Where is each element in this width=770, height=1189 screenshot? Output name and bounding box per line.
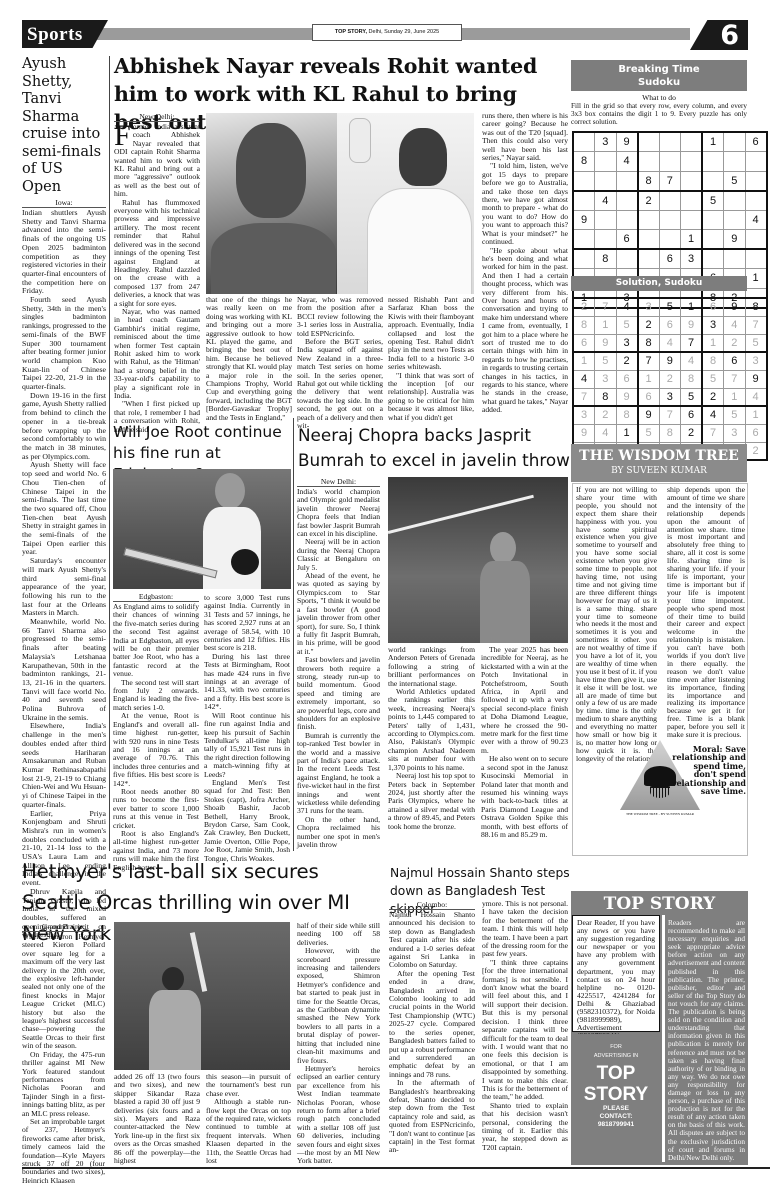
- paragraph: added 26 off 13 (two fours and two sixes…: [114, 1073, 200, 1165]
- ad-advertising-text: ADVERTISING IN: [572, 1053, 660, 1059]
- paragraph: to score 3,000 Test runs against India. …: [204, 594, 290, 653]
- paragraph: The second test will start from July 2 o…: [113, 679, 199, 713]
- badminton-headline: Ayush Shetty, Tanvi Sharma cruise into s…: [22, 56, 106, 196]
- paragraph: "I told him, listen, we've got 15 days t…: [482, 162, 568, 246]
- sudoku-cell[interactable]: [616, 171, 638, 191]
- sudoku-cell[interactable]: [638, 230, 660, 250]
- sudoku-title-line1: Breaking Time: [571, 63, 747, 76]
- wisdom-col2: ship depends upon the amount of time we …: [667, 486, 745, 739]
- sudoku-cell: 6: [638, 388, 660, 406]
- sudoku-cell: 7: [681, 334, 703, 352]
- paragraph: Ayush Shetty will face top seed and worl…: [22, 461, 106, 557]
- paragraph: half of their side while still needing 1…: [297, 922, 380, 947]
- badminton-article: Ayush Shetty, Tanvi Sharma cruise into s…: [22, 56, 106, 940]
- nayar-photo: [206, 113, 337, 294]
- sudoku-cell[interactable]: 1: [681, 230, 703, 250]
- sudoku-cell: 8: [616, 406, 638, 424]
- paragraph: As England aims to solidify their chance…: [113, 603, 199, 679]
- paragraph: Shanto tried to explain that his decisio…: [482, 1102, 568, 1152]
- sudoku-cell: 8: [681, 370, 703, 388]
- ad-top-text: TOP: [572, 1063, 660, 1084]
- sudoku-cell[interactable]: [616, 210, 638, 230]
- ad-please-text: PLEASE: [572, 1105, 660, 1113]
- shanto-col1: Colombo: Najmul Hossain Shanto announced…: [389, 900, 475, 1155]
- sudoku-cell[interactable]: [573, 230, 595, 250]
- chopra-col2: world rankings from Anderson Peters of G…: [388, 646, 475, 831]
- sudoku-solution-grid: 2743516988152693476938471251527948634361…: [572, 297, 768, 461]
- sudoku-cell: 2: [616, 352, 638, 370]
- sudoku-cell: 7: [745, 316, 767, 334]
- sudoku-cell: 6: [702, 298, 724, 316]
- paragraph: ymore. This is not personal. I have take…: [482, 900, 568, 959]
- sudoku-cell: 2: [702, 388, 724, 406]
- paragraph: Meanwhile, world No. 66 Tanvi Sharma als…: [22, 618, 106, 722]
- sudoku-cell[interactable]: [659, 191, 681, 211]
- chopra-col3-body: The year 2025 has been incredible for Ne…: [481, 646, 568, 839]
- sudoku-cell[interactable]: [702, 210, 724, 230]
- sudoku-cell: 7: [659, 406, 681, 424]
- javelin-shape: [388, 495, 534, 534]
- paragraph: England Men's Test squad for 2nd Test: B…: [204, 779, 290, 863]
- sudoku-cell: 7: [702, 424, 724, 442]
- sudoku-cell: 4: [681, 352, 703, 370]
- badminton-dateline: Iowa:: [22, 198, 106, 208]
- sudoku-cell: 8: [745, 298, 767, 316]
- root-col1-body: As England aims to solidify their chance…: [113, 603, 199, 872]
- date-text: Delhi, Sunday 29, June 2025: [369, 29, 440, 35]
- hetmyer-col3-body: this season—in pursuit of the tournament…: [206, 1073, 291, 1165]
- chopra-col3: The year 2025 has been incredible for Ne…: [481, 646, 568, 839]
- sudoku-cell: 7: [573, 388, 595, 406]
- hetmyer-col1: Grand Prairie: When Shimron Hetmyer stee…: [22, 922, 105, 1185]
- sudoku-cell[interactable]: [745, 230, 767, 250]
- sudoku-cell[interactable]: [681, 152, 703, 172]
- wisdom-moral: Moral: Save relationship and spend time,…: [672, 745, 746, 795]
- sudoku-cell: 6: [573, 334, 595, 352]
- paragraph: Nayar, who was removed from the position…: [297, 296, 383, 338]
- root-dateline: Edgbaston:: [113, 592, 199, 602]
- sudoku-cell: 1: [616, 424, 638, 442]
- sudoku-solution-title: Solution, Sudoku: [571, 276, 747, 291]
- paragraph: Will Root continue his fine run against …: [204, 712, 290, 779]
- sudoku-cell[interactable]: [638, 132, 660, 152]
- sudoku-cell: 5: [659, 298, 681, 316]
- sudoku-cell: 1: [595, 316, 617, 334]
- paragraph: Nayar, who was named in head coach Gauta…: [114, 308, 200, 400]
- sudoku-cell[interactable]: 9: [616, 132, 638, 152]
- chopra-photo: [388, 477, 568, 643]
- sudoku-cell[interactable]: [745, 249, 767, 269]
- sudoku-cell[interactable]: [595, 171, 617, 191]
- sudoku-cell[interactable]: [702, 152, 724, 172]
- paragraph: After the opening Test ended in a draw, …: [389, 970, 475, 1079]
- paragraph: When Shimron Hetmyer steered Kieron Poll…: [22, 933, 105, 1051]
- hetmyer-photo: [114, 922, 290, 1070]
- paragraph: this season—in pursuit of the tournament…: [206, 1073, 291, 1098]
- sudoku-cell[interactable]: [616, 191, 638, 211]
- nayar-col3-body: Nayar, who was removed from the position…: [297, 296, 383, 431]
- sudoku-cell: 9: [616, 388, 638, 406]
- nayar-col1-body: Former India assistant coach Abhishek Na…: [114, 123, 200, 434]
- wisdom-byline: BY SUVEEN KUMAR: [571, 466, 747, 477]
- masthead-dateline: TOP STORY, Delhi, Sunday 29, June 2025: [312, 24, 462, 41]
- paragraph: runs there, then where is his career goi…: [482, 112, 568, 162]
- sudoku-cell: 2: [595, 406, 617, 424]
- sudoku-cell: 5: [616, 316, 638, 334]
- hetmyer-col1-body: When Shimron Hetmyer steered Kieron Poll…: [22, 933, 105, 1185]
- sudoku-cell: 4: [595, 424, 617, 442]
- sudoku-cell: 4: [702, 406, 724, 424]
- sudoku-what-to-do: What to do: [571, 93, 747, 102]
- sudoku-cell: 7: [595, 298, 617, 316]
- sudoku-cell: 2: [681, 424, 703, 442]
- sudoku-cell: 3: [745, 352, 767, 370]
- sudoku-cell[interactable]: 8: [573, 152, 595, 172]
- sudoku-cell[interactable]: 7: [659, 171, 681, 191]
- paragraph: "I think that was sort of the inception …: [388, 372, 474, 422]
- paragraph: world rankings from Anderson Peters of G…: [388, 646, 475, 688]
- nayar-col2-body: that one of the things he was really kee…: [206, 296, 292, 422]
- sudoku-cell[interactable]: [659, 210, 681, 230]
- paragraph: Set an improbable target of 237, Hetmyer…: [22, 1118, 105, 1185]
- sudoku-cell[interactable]: [616, 249, 638, 269]
- player-helmet-shape: [162, 967, 184, 991]
- nayar-col2: that one of the things he was really kee…: [206, 296, 292, 422]
- sudoku-title-line2: Sudoku: [571, 76, 747, 89]
- paragraph: Neeraj lost his top spot to Peters back …: [388, 772, 475, 831]
- paragraph: Rahul has flummoxed everyone with his te…: [114, 199, 200, 308]
- paragraph: Neeraj will be in action during the Neer…: [297, 538, 380, 572]
- sudoku-cell[interactable]: [595, 152, 617, 172]
- sudoku-cell: 9: [638, 406, 660, 424]
- sudoku-cell[interactable]: [724, 132, 746, 152]
- sudoku-cell[interactable]: 4: [745, 210, 767, 230]
- sudoku-cell: 6: [724, 352, 746, 370]
- hetmyer-col4: half of their side while still needing 1…: [297, 922, 380, 1166]
- page-number-box: 6: [690, 20, 748, 50]
- sudoku-cell[interactable]: 1: [745, 269, 767, 289]
- sudoku-cell: 4: [659, 334, 681, 352]
- sudoku-cell: 3: [595, 370, 617, 388]
- sudoku-cell[interactable]: 9: [724, 230, 746, 250]
- paragraph: Fourth seed Ayush Shetty, 34th in the me…: [22, 296, 106, 392]
- sudoku-cell[interactable]: 4: [595, 191, 617, 211]
- sudoku-cell: 9: [745, 370, 767, 388]
- shanto-col2-body: ymore. This is not personal. I have take…: [482, 900, 568, 1152]
- paragraph: nessed Rishabh Pant and Sarfaraz Khan bo…: [388, 296, 474, 372]
- sudoku-cell: 3: [638, 298, 660, 316]
- root-col2-body: to score 3,000 Test runs against India. …: [204, 594, 290, 863]
- sudoku-cell: 2: [724, 334, 746, 352]
- sudoku-cell: 7: [724, 370, 746, 388]
- paragraph: He also went on to secure a second spot …: [481, 755, 568, 839]
- sudoku-title: Breaking Time Sudoku: [571, 60, 747, 91]
- sudoku-cell: 2: [745, 442, 767, 460]
- page-number: 6: [720, 20, 739, 51]
- sudoku-cell[interactable]: 6: [659, 249, 681, 269]
- portrait-shoulders-shape: [211, 223, 336, 294]
- paragraph: Indian shuttlers Ayush Shetty and Tanvi …: [22, 209, 106, 296]
- sudoku-cell: 1: [724, 388, 746, 406]
- paragraph: India's world champion and Olympic gold …: [297, 488, 380, 538]
- sudoku-cell[interactable]: [659, 132, 681, 152]
- sudoku-cell[interactable]: [724, 191, 746, 211]
- root-photo: [113, 469, 291, 589]
- portrait-face-shape: [236, 123, 306, 218]
- paragraph: Najmul Hossain Shanto announced his deci…: [389, 911, 475, 970]
- sudoku-cell: 1: [681, 298, 703, 316]
- sudoku-cell: 3: [702, 316, 724, 334]
- sudoku-cell: 8: [638, 334, 660, 352]
- paragraph: Hetmyer's heroics eclipsed an earlier ce…: [297, 1065, 380, 1166]
- wisdom-logo-caption: THE WISDOM TREE - BY SUVEEN KUMAR: [620, 812, 700, 816]
- sudoku-cell: 5: [724, 406, 746, 424]
- sudoku-cell[interactable]: [638, 152, 660, 172]
- chopra-col1: New Delhi: India's world champion and Ol…: [297, 477, 380, 849]
- sudoku-cell[interactable]: [745, 152, 767, 172]
- sudoku-cell[interactable]: [724, 152, 746, 172]
- shanto-col2: ymore. This is not personal. I have take…: [482, 900, 568, 1152]
- hetmyer-col3: this season—in pursuit of the tournament…: [206, 1073, 291, 1165]
- athlete-head-shape: [490, 532, 516, 564]
- drop-cap: F: [114, 123, 131, 148]
- paragraph: Bumrah is currently the top-ranked Test …: [297, 732, 380, 816]
- sudoku-cell: 4: [616, 298, 638, 316]
- sudoku-cell: 8: [702, 352, 724, 370]
- hetmyer-col2: added 26 off 13 (two fours and two sixes…: [114, 1073, 200, 1165]
- chopra-headline: Neeraj Chopra backs Jasprit Bumrah to ex…: [298, 423, 570, 473]
- paragraph: However, with the scoreboard pressure in…: [297, 947, 380, 1065]
- paragraph: Fast bowlers and javelin throwers both r…: [297, 656, 380, 732]
- root-col1: Edgbaston: As England aims to solidify t…: [113, 592, 199, 872]
- sudoku-cell: 4: [724, 316, 746, 334]
- paragraph: Elsewhere, India's challenge in the men'…: [22, 722, 106, 809]
- paragraph: Before the BGT series, India squared off…: [297, 338, 383, 430]
- bottom-rule: [22, 1167, 770, 1169]
- ad-story-text: STORY: [572, 1084, 660, 1105]
- sudoku-cell[interactable]: 5: [702, 191, 724, 211]
- nayar-col5: runs there, then where is his career goi…: [482, 112, 568, 415]
- sudoku-cell: 4: [573, 370, 595, 388]
- box-divider: [662, 915, 665, 1162]
- sudoku-cell[interactable]: [681, 171, 703, 191]
- sudoku-cell[interactable]: 2: [638, 191, 660, 211]
- chopra-col2-body: world rankings from Anderson Peters of G…: [388, 646, 475, 831]
- shanto-col1-body: Najmul Hossain Shanto announced his deci…: [389, 911, 475, 1155]
- sudoku-cell[interactable]: 8: [595, 249, 617, 269]
- sudoku-cell: 5: [702, 370, 724, 388]
- player-jersey-shape: [149, 990, 201, 1070]
- topstory-title: TOP STORY: [571, 893, 748, 915]
- paragraph: that one of the things he was really kee…: [206, 296, 292, 422]
- sudoku-cell[interactable]: [702, 230, 724, 250]
- player-head-shape: [215, 473, 245, 509]
- paragraph: Although a stable run-flow kept the Orca…: [206, 1098, 291, 1165]
- sudoku-cell: 1: [702, 334, 724, 352]
- paragraph: On the other hand, Chopra reclaimed his …: [297, 816, 380, 850]
- sudoku-cell[interactable]: [659, 230, 681, 250]
- athlete-vest-shape: [480, 561, 530, 643]
- paragraph: Saturday's encounter will mark Ayush She…: [22, 557, 106, 618]
- sudoku-cell: 2: [573, 298, 595, 316]
- paper-name: TOP STORY,: [335, 29, 367, 35]
- sudoku-cell: 6: [681, 406, 703, 424]
- ad-phone-number[interactable]: 9818799941: [572, 1121, 660, 1129]
- sudoku-cell[interactable]: 6: [745, 132, 767, 152]
- sudoku-cell[interactable]: [702, 249, 724, 269]
- sudoku-cell[interactable]: [681, 132, 703, 152]
- paragraph: Ahead of the event, he was quoted as say…: [297, 572, 380, 656]
- root-col2: to score 3,000 Test runs against India. …: [204, 594, 290, 863]
- sudoku-cell[interactable]: [638, 249, 660, 269]
- sudoku-cell[interactable]: [595, 210, 617, 230]
- sudoku-cell: 6: [616, 370, 638, 388]
- paragraph: Down 19-16 in the first game, Ayush Shet…: [22, 392, 106, 462]
- sudoku-cell: 5: [745, 334, 767, 352]
- badminton-body: Indian shuttlers Ayush Shetty and Tanvi …: [22, 209, 106, 940]
- paragraph: Former India assistant coach Abhishek Na…: [114, 123, 200, 199]
- sudoku-cell: 3: [573, 406, 595, 424]
- nayar-col1: New Delhi: Former India assistant coach …: [114, 112, 200, 434]
- paragraph: During his last three Tests at Birmingha…: [204, 653, 290, 712]
- sudoku-cell[interactable]: [681, 210, 703, 230]
- sudoku-cell: 5: [638, 424, 660, 442]
- disclaimer-text: Readers are recommended to make all nece…: [668, 919, 745, 1162]
- sudoku-cell[interactable]: 5: [724, 171, 746, 191]
- chopra-col1-body: India's world champion and Olympic gold …: [297, 488, 380, 849]
- sudoku-cell[interactable]: [573, 191, 595, 211]
- sudoku-cell[interactable]: 3: [595, 132, 617, 152]
- sudoku-cell: 9: [681, 316, 703, 334]
- paragraph: "He spoke about what he's been doing and…: [482, 247, 568, 415]
- paragraph: Root needs another 80 runs to become the…: [113, 788, 199, 830]
- helmet-shape: [399, 128, 447, 186]
- sudoku-cell: 3: [724, 424, 746, 442]
- sudoku-cell[interactable]: [573, 171, 595, 191]
- advertising-box: FOR ADVERTISING IN TOP STORY PLEASE CONT…: [572, 1034, 660, 1162]
- sudoku-cell[interactable]: 9: [573, 210, 595, 230]
- paragraph: In the aftermath of Bangladesh's heartbr…: [389, 1079, 475, 1155]
- sudoku-cell[interactable]: 1: [702, 132, 724, 152]
- hetmyer-col4-body: half of their side while still needing 1…: [297, 922, 380, 1166]
- sudoku-cell: 9: [724, 298, 746, 316]
- sudoku-cell: 8: [573, 316, 595, 334]
- section-name: Sports: [27, 24, 83, 46]
- sudoku-cell: 4: [745, 388, 767, 406]
- sudoku-cell: 5: [595, 352, 617, 370]
- nayar-col4: nessed Rishabh Pant and Sarfaraz Khan bo…: [388, 296, 474, 422]
- sudoku-cell[interactable]: 6: [616, 230, 638, 250]
- nayar-col4-body: nessed Rishabh Pant and Sarfaraz Khan bo…: [388, 296, 474, 422]
- nayar-col3: Nayar, who was removed from the position…: [297, 296, 383, 431]
- ad-contact-label: CONTACT:: [572, 1113, 660, 1121]
- paragraph: The year 2025 has been incredible for Ne…: [481, 646, 568, 755]
- raised-bat-shape: [190, 932, 207, 992]
- paragraph: "I think three captains [for the three i…: [482, 959, 568, 1102]
- tree-roots-icon: [650, 786, 670, 798]
- sudoku-cell: 9: [595, 334, 617, 352]
- sudoku-cell: 3: [616, 334, 638, 352]
- rahul-photo: [337, 113, 474, 294]
- sudoku-cell[interactable]: [573, 132, 595, 152]
- nayar-col5-body: runs there, then where is his career goi…: [482, 112, 568, 415]
- sudoku-cell: 8: [659, 424, 681, 442]
- sudoku-cell[interactable]: 3: [681, 249, 703, 269]
- sudoku-cell[interactable]: [724, 210, 746, 230]
- hetmyer-dateline: Grand Prairie:: [22, 922, 105, 932]
- sudoku-cell: 5: [681, 388, 703, 406]
- jersey-shape: [367, 188, 472, 294]
- wisdom-title-box: THE WISDOM TREE BY SUVEEN KUMAR: [571, 444, 747, 482]
- sudoku-cell: 6: [659, 316, 681, 334]
- sudoku-cell[interactable]: [745, 171, 767, 191]
- sudoku-cell: 2: [659, 370, 681, 388]
- hetmyer-col2-body: added 26 off 13 (two fours and two sixes…: [114, 1073, 200, 1165]
- sudoku-cell: 3: [659, 388, 681, 406]
- sudoku-cell[interactable]: 4: [616, 152, 638, 172]
- sudoku-cell: 7: [638, 352, 660, 370]
- section-label: Sports: [22, 20, 108, 48]
- sudoku-cell[interactable]: [638, 210, 660, 230]
- chopra-dateline: New Delhi:: [297, 477, 380, 487]
- helmet-shape: [231, 549, 259, 575]
- sudoku-cell: 2: [638, 316, 660, 334]
- sudoku-cell: 1: [573, 352, 595, 370]
- sudoku-cell: 9: [659, 352, 681, 370]
- sudoku-cell[interactable]: [724, 249, 746, 269]
- sudoku-instructions: Fill in the grid so that every row, ever…: [571, 102, 747, 127]
- wisdom-col1: If you are not willing to share your tim…: [576, 486, 657, 763]
- sudoku-cell[interactable]: [681, 191, 703, 211]
- sudoku-cell: 8: [595, 388, 617, 406]
- sudoku-cell[interactable]: 8: [638, 171, 660, 191]
- reader-contact-box: Dear Reader, If you have any news or you…: [572, 915, 660, 1032]
- shanto-dateline: Colombo:: [389, 900, 475, 910]
- ad-for-text: FOR: [572, 1044, 660, 1050]
- paragraph: On Friday, the 475-run thriller against …: [22, 1051, 105, 1118]
- paragraph: At the venue, Root is England's and over…: [113, 712, 199, 788]
- sudoku-cell: 1: [745, 406, 767, 424]
- sudoku-cell: 6: [745, 424, 767, 442]
- sudoku-cell[interactable]: [659, 152, 681, 172]
- sudoku-cell[interactable]: [573, 249, 595, 269]
- sudoku-cell[interactable]: [595, 230, 617, 250]
- sudoku-cell[interactable]: [702, 171, 724, 191]
- column-divider: [109, 56, 110, 851]
- column-divider: [293, 418, 294, 851]
- sudoku-cell: 9: [573, 424, 595, 442]
- sudoku-cell: 1: [638, 370, 660, 388]
- paragraph: World Athletics updated the rankings ear…: [388, 688, 475, 772]
- sudoku-cell[interactable]: [745, 191, 767, 211]
- wisdom-title: THE WISDOM TREE: [571, 446, 747, 466]
- glove-shape: [349, 118, 371, 163]
